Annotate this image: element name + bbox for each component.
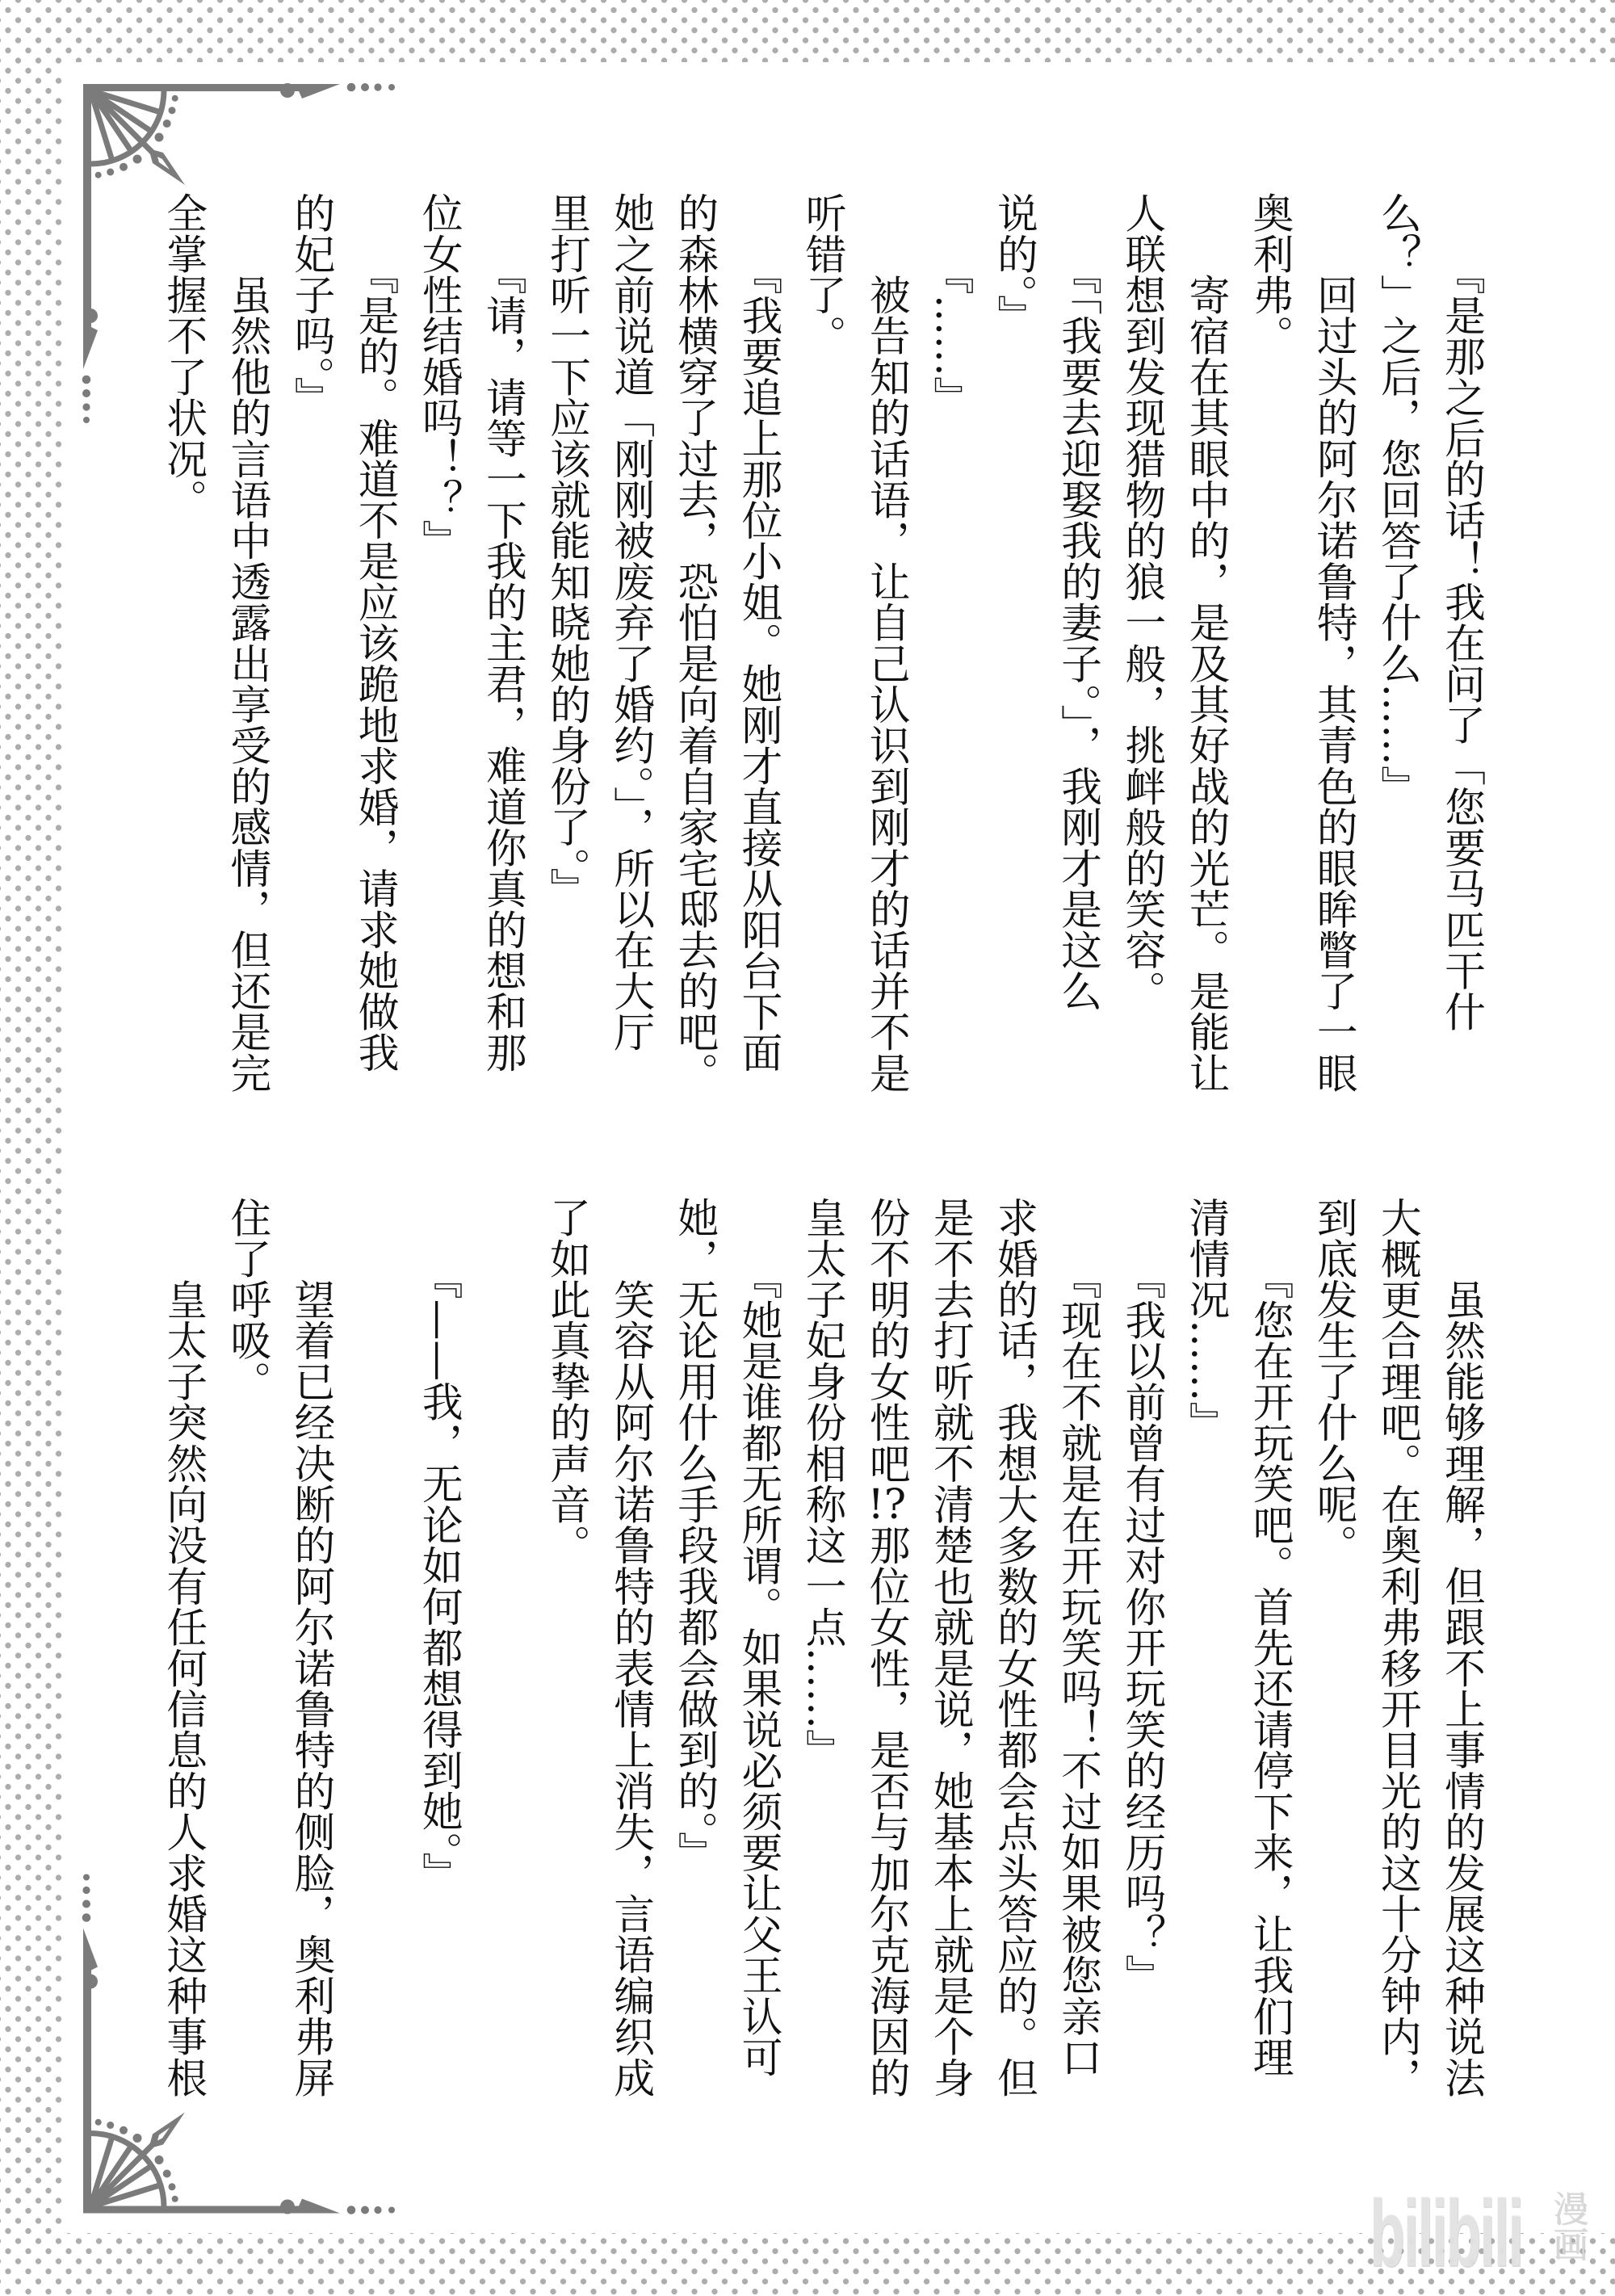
- text-column: 『现在不就是在开玩笑吗！不过如果被您亲口: [1047, 1197, 1110, 2097]
- blank-column: [472, 1197, 535, 2097]
- text-column: 『我以前曾有过对你开玩笑的经历吗？』: [1110, 1197, 1174, 2097]
- text-column: 虽然能够理解，但跟不上事情的发展这种说法: [1430, 1197, 1494, 2097]
- text-column: 全掌握不了状况。: [152, 192, 216, 1093]
- text-column: 位女性结婚吗！？』: [408, 192, 472, 1093]
- bar-knob: [280, 83, 295, 98]
- text-column: 回过头的阿尔诺鲁特，其青色的眼眸瞥了一眼: [1302, 192, 1366, 1093]
- dot-icon: [82, 376, 91, 384]
- text-column: 笑容从阿尔诺鲁特的表情上消失，言语编织成: [599, 1197, 663, 2097]
- text-column: 奥利弗。: [1238, 192, 1302, 1093]
- text-column: 望着已经决断的阿尔诺鲁特的侧脸，奥利弗屏: [279, 1197, 343, 2097]
- arrow-tip-icon: [83, 324, 98, 369]
- text-column: 『——我，无论如何都想得到她。』: [408, 1197, 472, 2097]
- dot-icon: [361, 83, 369, 91]
- text-column: 是不去打听就不清楚也就是说，她基本上就是个身: [919, 1197, 983, 2097]
- dot-icon: [347, 83, 356, 92]
- text-column: 求婚的话，我想大多数的女性都会点头答应的。但: [983, 1197, 1047, 2097]
- arrow-tip-icon: [296, 84, 340, 99]
- dot-icon: [82, 403, 90, 410]
- text-column: 到底发生了什么呢。: [1302, 1197, 1366, 2097]
- text-column: 『……』: [919, 192, 983, 1093]
- text-column: 清情况……』: [1174, 1197, 1238, 2097]
- text-column: 份不明的女性吧!?那位女性，是否与加尔克海因的: [855, 1197, 919, 2097]
- text-column: 的森林横穿了过去，恐怕是向着自家宅邸去的吧。: [663, 192, 727, 1093]
- text-column: 虽然他的言语中透露出享受的感情，但还是完: [216, 192, 279, 1093]
- text-column: 『是的。难道不是应该跪地求婚，请求她做我: [343, 192, 407, 1093]
- dotted-border-top: [0, 0, 1615, 62]
- text-column: 大概更合理吧。在奥利弗移开目光的这十分钟内，: [1366, 1197, 1430, 2097]
- lower-text-block: 虽然能够理解，但跟不上事情的发展这种说法 大概更合理吧。在奥利弗移开目光的这十分…: [152, 1197, 1494, 2097]
- text-column: 听错了。: [791, 192, 854, 1093]
- text-column: 『您在开玩笑吧。首先还请停下来，让我们理: [1238, 1197, 1302, 2097]
- text-column: 『我要追上那位小姐。她刚才直接从阳台下面: [727, 192, 791, 1093]
- upper-text-block: 『是那之后的话！我在问了「您要马匹干什 么？」之后，您回答了什么……』 回过头的…: [152, 192, 1494, 1093]
- text-column: 『请，请等一下我的主君，难道你真的想和那: [472, 192, 535, 1093]
- dot-icon: [388, 84, 395, 90]
- text-column: 她之前说道「刚刚被废弃了婚约。」，所以在大厅: [599, 192, 663, 1093]
- dot-icon: [83, 417, 90, 423]
- text-column: 『是那之后的话！我在问了「您要马匹干什: [1430, 192, 1494, 1093]
- frame-bar-horizontal: [83, 84, 300, 91]
- text-column: 皇太子妃身份相称这一点……』: [791, 1197, 854, 2097]
- bilibili-watermark: bilibili 漫画: [1365, 2181, 1599, 2273]
- text-column: 寄宿在其眼中的，是及其好战的光芒。是能让: [1174, 192, 1238, 1093]
- bar-knob: [83, 309, 98, 323]
- bilibili-logo: bilibili: [1370, 2187, 1522, 2281]
- text-column: 住了呼吸。: [216, 1197, 279, 2097]
- watermark-label: 漫画: [1549, 2190, 1584, 2261]
- text-column: 『她是谁都无所谓。如果说必须要让父王认可: [727, 1197, 791, 2097]
- text-column: 人联想到发现猎物的狼一般，挑衅般的笑容。: [1110, 192, 1174, 1093]
- text-column: 『「我要去迎娶我的妻子。」，我刚才是这么: [1047, 192, 1110, 1093]
- combined-punctuation: !?: [863, 1484, 911, 1525]
- frame-bar-vertical: [83, 84, 91, 328]
- dot-icon: [82, 389, 90, 397]
- dotted-border-left: [0, 62, 62, 2233]
- text-column: 说的。』: [983, 192, 1047, 1093]
- text-column: 她，无论用什么手段我都会做到的。』: [663, 1197, 727, 2097]
- text-column: 么？」之后，您回答了什么……』: [1366, 192, 1430, 1093]
- fan-icon: [90, 90, 185, 185]
- text-column: 了如此真挚的声音。: [535, 1197, 599, 2097]
- text-column: 被告知的话语，让自己认识到刚才的话并不是: [855, 192, 919, 1093]
- text-column: 的妃子吗。』: [279, 192, 343, 1093]
- blank-column: [343, 1197, 407, 2097]
- dot-icon: [374, 83, 381, 90]
- text-column: 里打听一下应该就能知晓她的身份了。』: [535, 192, 599, 1093]
- text-column: 皇太子突然向没有任何信息的人求婚这种事根: [152, 1197, 216, 2097]
